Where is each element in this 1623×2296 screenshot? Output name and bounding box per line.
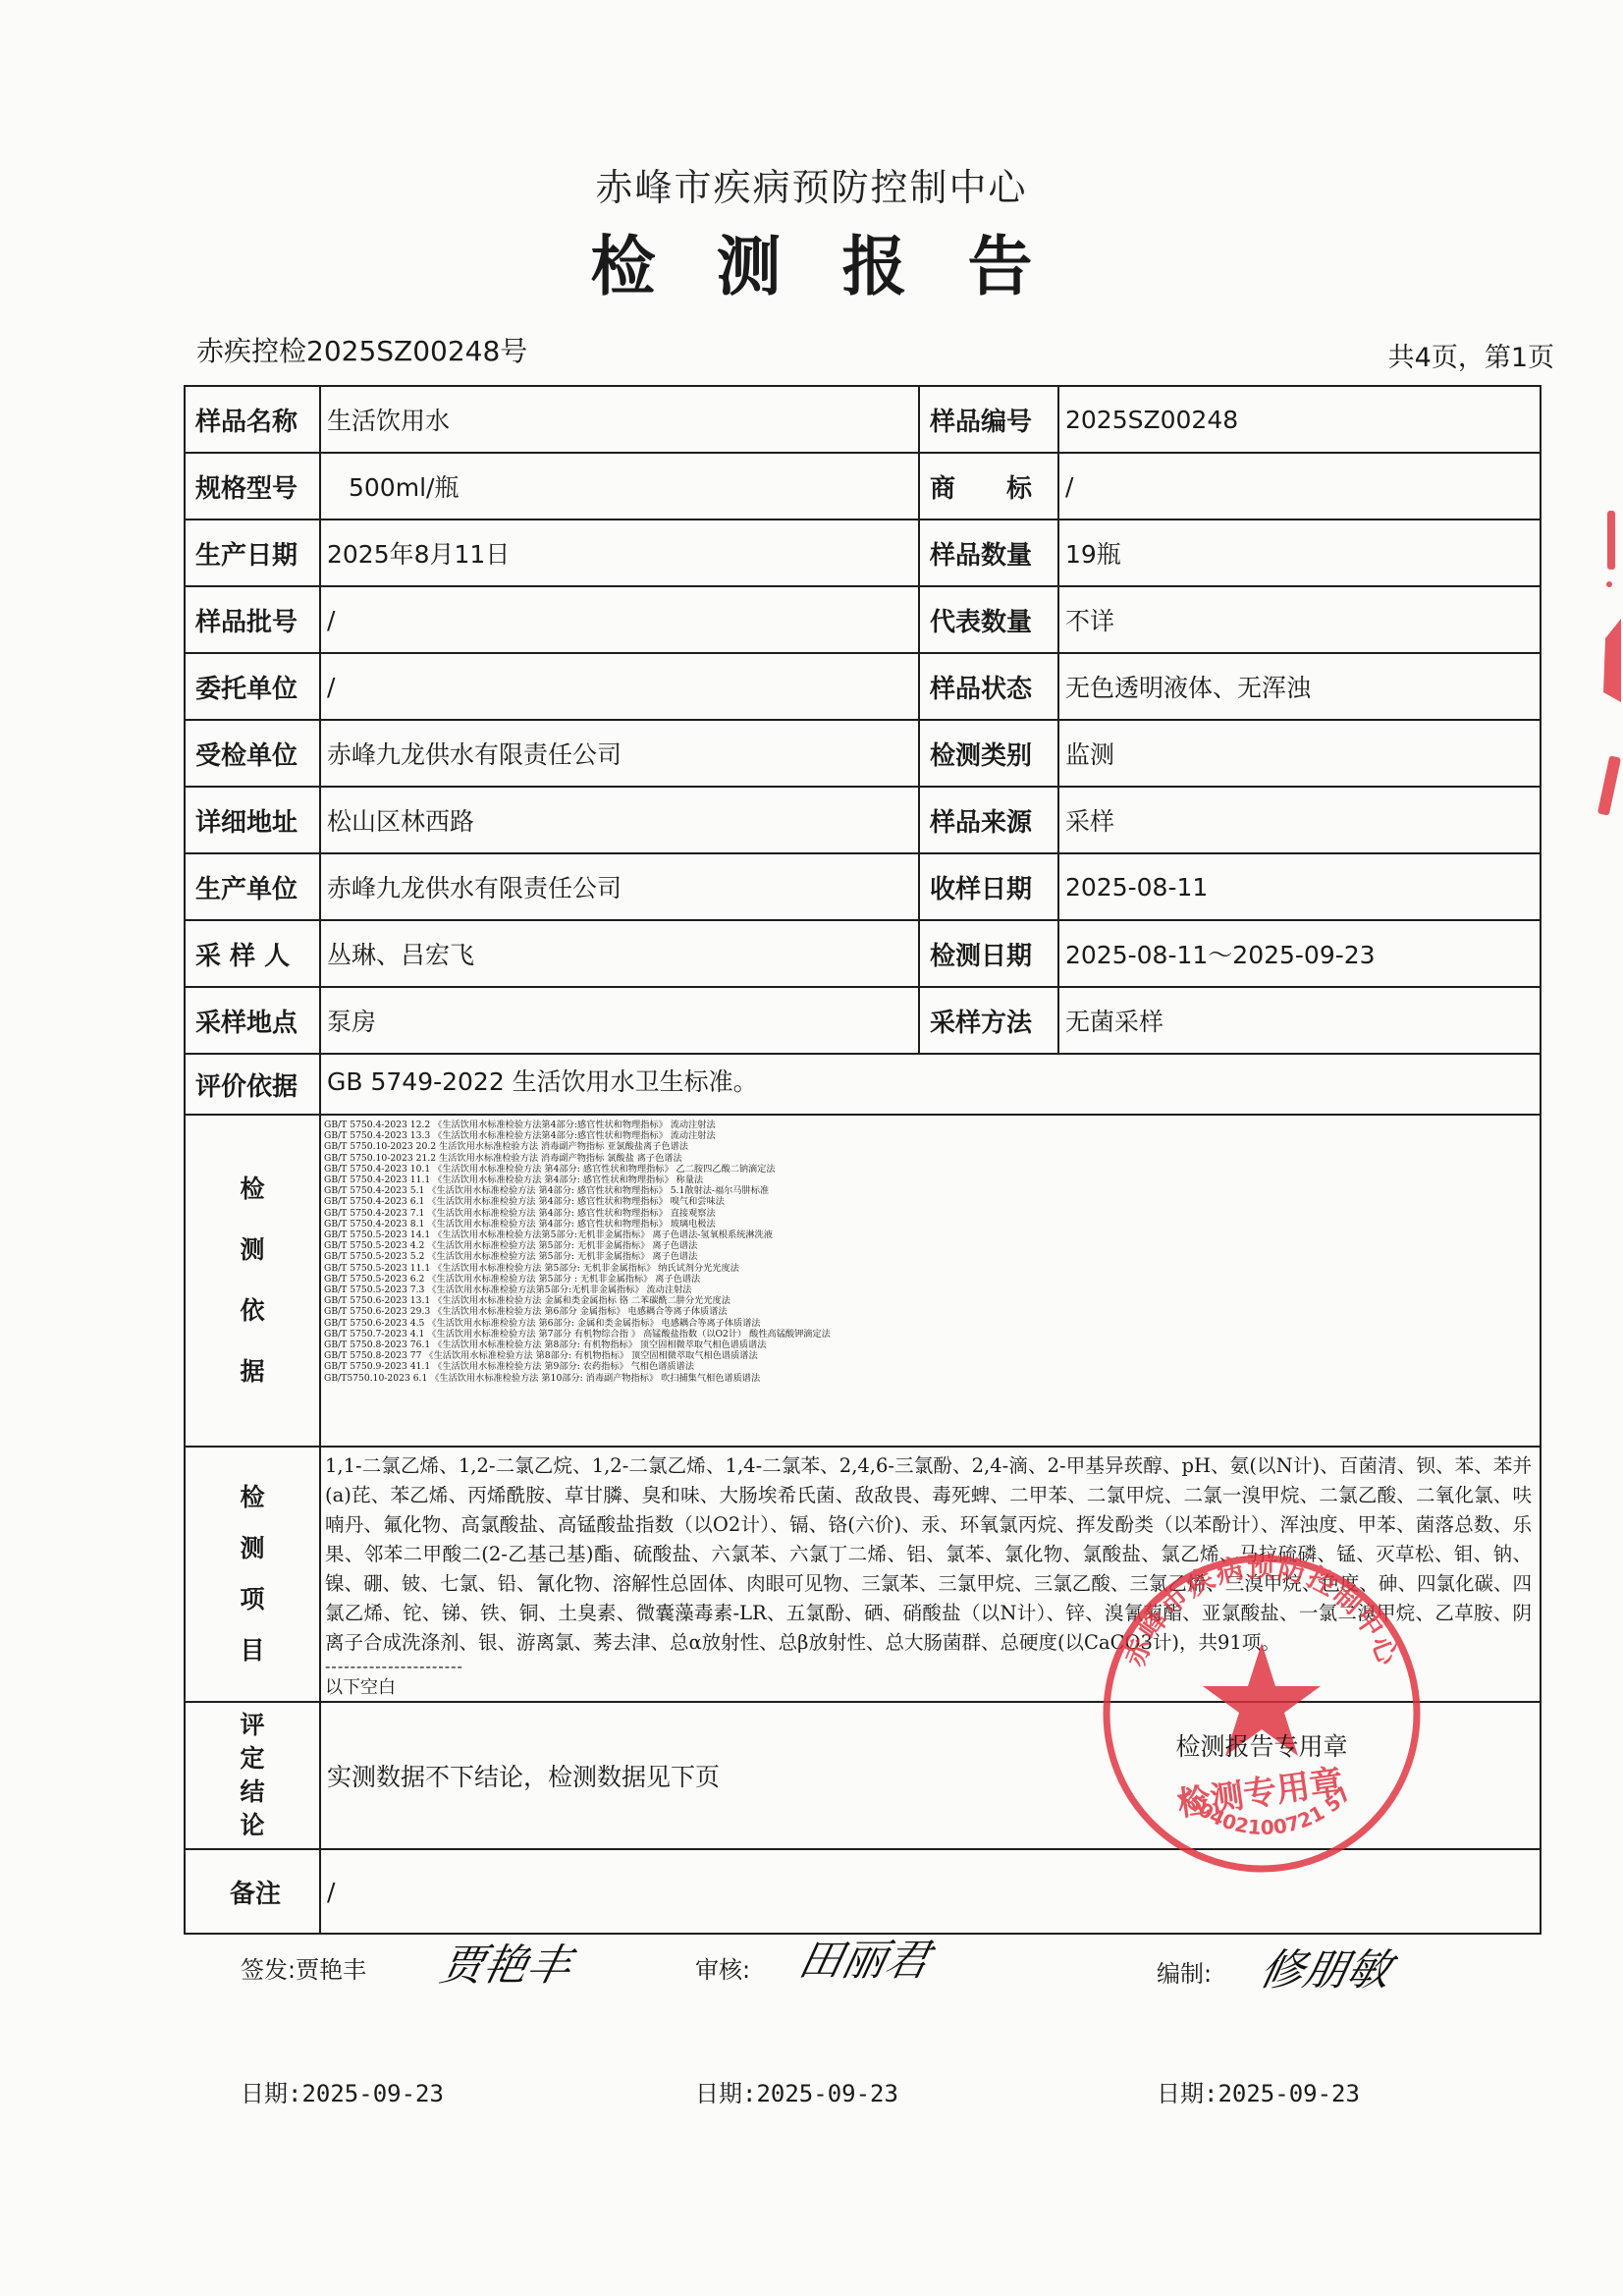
- label-sample-no: 样品编号: [919, 386, 1058, 453]
- label-sample-name: 样品名称: [185, 386, 320, 453]
- standard-line: GB/T 5750.5-2023 14.1 《生活饮用水标准检验方法第5部分:无…: [324, 1230, 1534, 1240]
- standard-line: GB/T 5750.4-2023 6.1 《生活饮用水标准检验方法 第4部分: …: [324, 1196, 1534, 1207]
- label-evaluation-basis: 评价依据: [185, 1054, 320, 1115]
- issuer-label: 签发:贾艳丰: [241, 1950, 366, 1985]
- label-spec: 规格型号: [185, 453, 320, 519]
- reviewer-label: 审核:: [695, 1950, 750, 1985]
- value-batch-no: /: [320, 586, 919, 653]
- standard-line: GB/T5750.10-2023 6.1 《生活饮用水标准检验方法 第10部分:…: [324, 1373, 1534, 1384]
- standard-line: GB/T 5750.4-2023 11.1 《生活饮用水标准检验方法 第4部分:…: [324, 1175, 1534, 1185]
- standard-line: GB/T 5750.10-2023 20.2 生活饮用水标准检验方法 消毒副产物…: [324, 1141, 1534, 1152]
- standard-line: GB/T 5750.5-2023 4.2 《生活饮用水标准检验方法 第5部分: …: [324, 1240, 1534, 1251]
- standard-line: GB/T 5750.4-2023 10.1 《生活饮用水标准检验方法 第4部分:…: [324, 1164, 1534, 1175]
- test-items-cell: 1,1-二氯乙烯、1,2-二氯乙烷、1,2-二氯乙烯、1,4-二氯苯、2,4,6…: [320, 1447, 1541, 1702]
- value-test-category: 监测: [1058, 720, 1541, 787]
- standard-line: GB/T 5750.5-2023 5.2 《生活饮用水标准检验方法 第5部分: …: [324, 1251, 1534, 1262]
- row-batch-no: 样品批号 / 代表数量 不详: [185, 586, 1541, 653]
- standard-line: GB/T 5750.6-2023 13.1 《生活饮用水标准检验方法 金属和类金…: [324, 1295, 1534, 1306]
- label-sample-state: 样品状态: [919, 653, 1058, 720]
- label-producer: 生产单位: [185, 853, 320, 920]
- value-address: 松山区林西路: [320, 787, 919, 853]
- issuer-signature: 贾艳丰: [435, 1930, 578, 1993]
- page-info: 共4页，第1页: [1388, 336, 1554, 374]
- row-conclusion: 评 定 结 论 实测数据不下结论，检测数据见下页: [185, 1702, 1541, 1849]
- standard-line: GB/T 5750.4-2023 8.1 《生活饮用水标准检验方法 第4部分: …: [324, 1219, 1534, 1230]
- standard-line: GB/T 5750.7-2023 4.1 《生活饮用水标准检验方法 第7部分 有…: [324, 1329, 1534, 1339]
- compiler-date: 日期:2025-09-23: [1157, 2074, 1360, 2108]
- standard-line: GB/T 5750.10-2023 21.2 生活饮用水标准检验方法 消毒副产物…: [324, 1153, 1534, 1164]
- reviewer-signature: 田丽君: [793, 1925, 937, 1988]
- report-number: 赤疾控检2025SZ00248号: [196, 330, 527, 369]
- label-sampler: 采 样 人: [185, 920, 320, 987]
- row-evaluation-basis: 评价依据 GB 5749-2022 生活饮用水卫生标准。: [185, 1054, 1541, 1115]
- issuer-date: 日期:2025-09-23: [241, 2074, 444, 2108]
- label-represent-quantity: 代表数量: [919, 586, 1058, 653]
- label-test-basis: 检 测 依 据: [185, 1115, 320, 1447]
- row-production-date: 生产日期 2025年8月11日 样品数量 19瓶: [185, 519, 1541, 586]
- value-production-date: 2025年8月11日: [320, 519, 919, 586]
- test-basis-list: GB/T 5750.4-2023 12.2 《生活饮用水标准检验方法第4部分:感…: [320, 1115, 1541, 1447]
- compiler-signature: 修朋敏: [1255, 1935, 1398, 1997]
- row-sampling-site: 采样地点 泵房 采样方法 无菌采样: [185, 987, 1541, 1054]
- standard-line: GB/T 5750.8-2023 77 《生活饮用水标准检验方法 第8部分: 有…: [324, 1350, 1534, 1361]
- value-inspected-unit: 赤峰九龙供水有限责任公司: [320, 720, 919, 787]
- standard-list: GB/T 5750.4-2023 12.2 《生活饮用水标准检验方法第4部分:感…: [324, 1116, 1534, 1386]
- value-sample-source: 采样: [1058, 787, 1541, 853]
- value-evaluation-basis: GB 5749-2022 生活饮用水卫生标准。: [320, 1054, 1541, 1115]
- row-sampler: 采 样 人 丛琳、吕宏飞 检测日期 2025-08-11～2025-09-23: [185, 920, 1541, 987]
- label-sample-quantity: 样品数量: [919, 519, 1058, 586]
- label-receive-date: 收样日期: [919, 853, 1058, 920]
- label-remarks: 备注: [185, 1849, 320, 1934]
- standard-line: GB/T 5750.6-2023 29.3 《生活饮用水标准检验方法 第6部分 …: [324, 1306, 1534, 1317]
- standard-line: GB/T 5750.4-2023 7.1 《生活饮用水标准检验方法 第4部分: …: [324, 1208, 1534, 1219]
- value-client: /: [320, 653, 919, 720]
- value-represent-quantity: 不详: [1058, 586, 1541, 653]
- report-table: 样品名称 生活饮用水 样品编号 2025SZ00248 规格型号 500ml/瓶…: [184, 385, 1542, 1935]
- value-sample-quantity: 19瓶: [1058, 519, 1541, 586]
- seam-seal-fragment: [1586, 471, 1623, 845]
- label-sampling-site: 采样地点: [185, 987, 320, 1054]
- standard-line: GB/T 5750.8-2023 76.1 《生活饮用水标准检验方法 第8部分:…: [324, 1339, 1534, 1350]
- row-spec: 规格型号 500ml/瓶 商 标 /: [185, 453, 1541, 519]
- value-test-date: 2025-08-11～2025-09-23: [1058, 920, 1541, 987]
- label-sample-source: 样品来源: [919, 787, 1058, 853]
- label-test-category: 检测类别: [919, 720, 1058, 787]
- end-blank-note: 以下空白: [325, 1675, 1532, 1701]
- standard-line: GB/T 5750.5-2023 11.1 《生活饮用水标准检验方法 第5部分:…: [324, 1263, 1534, 1274]
- row-inspected-unit: 受检单位 赤峰九龙供水有限责任公司 检测类别 监测: [185, 720, 1541, 787]
- row-client: 委托单位 / 样品状态 无色透明液体、无浑浊: [185, 653, 1541, 720]
- standard-line: GB/T 5750.4-2023 13.3 《生活饮用水标准检验方法第4部分:感…: [324, 1130, 1534, 1141]
- document-title: 检测报告: [0, 214, 1623, 307]
- issuer-name: 贾艳丰: [296, 1956, 366, 1984]
- standard-line: GB/T 5750.5-2023 6.2 《生活饮用水标准检验方法 第5部分 :…: [324, 1274, 1534, 1285]
- value-sample-state: 无色透明液体、无浑浊: [1058, 653, 1541, 720]
- value-sampler: 丛琳、吕宏飞: [320, 920, 919, 987]
- standard-line: GB/T 5750.9-2023 41.1 《生活饮用水标准检验方法 第9部分:…: [324, 1361, 1534, 1372]
- value-sample-no: 2025SZ00248: [1058, 386, 1541, 453]
- value-producer: 赤峰九龙供水有限责任公司: [320, 853, 919, 920]
- conclusion-text: 实测数据不下结论，检测数据见下页: [320, 1702, 1541, 1849]
- row-test-basis: 检 测 依 据 GB/T 5750.4-2023 12.2 《生活饮用水标准检验…: [185, 1115, 1541, 1447]
- label-test-date: 检测日期: [919, 920, 1058, 987]
- value-brand: /: [1058, 453, 1541, 519]
- row-address: 详细地址 松山区林西路 样品来源 采样: [185, 787, 1541, 853]
- compiler-label: 编制:: [1157, 1954, 1212, 1989]
- value-sampling-site: 泵房: [320, 987, 919, 1054]
- standard-line: GB/T 5750.4-2023 5.1 《生活饮用水标准检验方法 第4部分: …: [324, 1185, 1534, 1196]
- test-items-text: 1,1-二氯乙烯、1,2-二氯乙烷、1,2-二氯乙烯、1,4-二氯苯、2,4,6…: [325, 1448, 1532, 1658]
- value-spec: 500ml/瓶: [320, 453, 919, 519]
- row-test-items: 检 测 项 目 1,1-二氯乙烯、1,2-二氯乙烷、1,2-二氯乙烯、1,4-二…: [185, 1447, 1541, 1702]
- standard-line: GB/T 5750.5-2023 7.3 《生活饮用水标准检验方法第5部分:无机…: [324, 1285, 1534, 1295]
- label-batch-no: 样品批号: [185, 586, 320, 653]
- value-sample-name: 生活饮用水: [320, 386, 919, 453]
- value-remarks: /: [320, 1849, 1541, 1934]
- label-brand: 商 标: [919, 453, 1058, 519]
- label-address: 详细地址: [185, 787, 320, 853]
- label-test-items: 检 测 项 目: [185, 1447, 320, 1702]
- label-sampling-method: 采样方法: [919, 987, 1058, 1054]
- standard-line: GB/T 5750.6-2023 4.5 《生活饮用水标准检验方法 第6部分: …: [324, 1318, 1534, 1329]
- reviewer-date: 日期:2025-09-23: [695, 2074, 898, 2108]
- label-inspected-unit: 受检单位: [185, 720, 320, 787]
- value-sampling-method: 无菌采样: [1058, 987, 1541, 1054]
- row-producer: 生产单位 赤峰九龙供水有限责任公司 收样日期 2025-08-11: [185, 853, 1541, 920]
- row-sample-name: 样品名称 生活饮用水 样品编号 2025SZ00248: [185, 386, 1541, 453]
- label-production-date: 生产日期: [185, 519, 320, 586]
- standard-line: GB/T 5750.4-2023 12.2 《生活饮用水标准检验方法第4部分:感…: [324, 1120, 1534, 1130]
- row-remarks: 备注 /: [185, 1849, 1541, 1934]
- separator-line: ----------------------: [325, 1658, 1532, 1675]
- organization-name: 赤峰市疾病预防控制中心: [0, 157, 1623, 211]
- value-receive-date: 2025-08-11: [1058, 853, 1541, 920]
- label-conclusion: 评 定 结 论: [185, 1702, 320, 1849]
- label-client: 委托单位: [185, 653, 320, 720]
